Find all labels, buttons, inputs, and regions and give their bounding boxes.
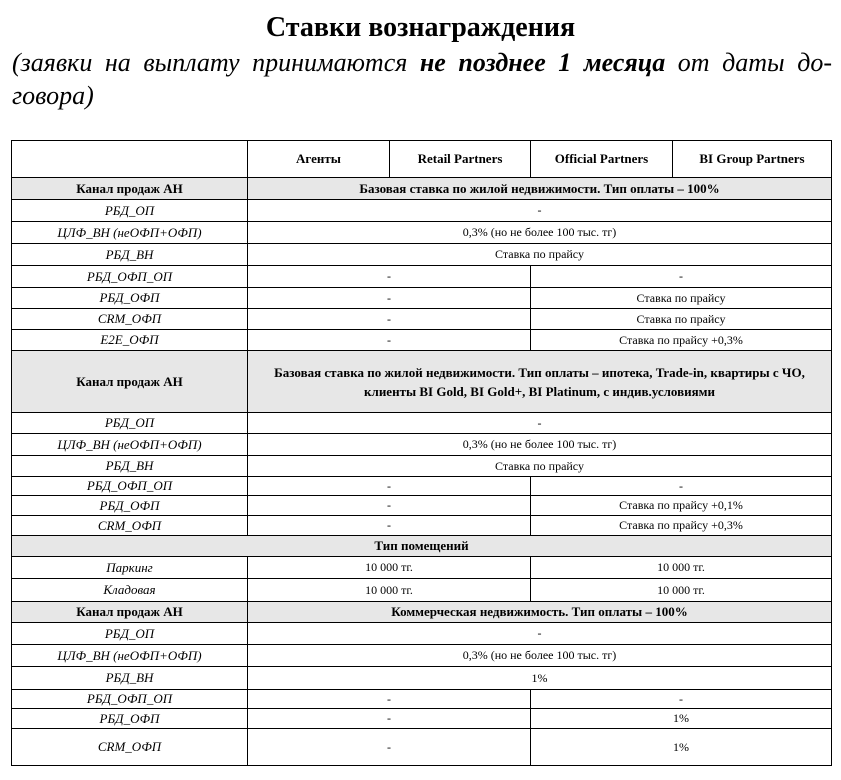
row-label: Паркинг	[12, 557, 248, 579]
rate-agents-retail: -	[248, 729, 531, 766]
section-title: Базовая ставка по жилой недвижимости. Ти…	[248, 351, 832, 413]
table-row: ЦЛФ_ВН (неОФП+ОФП)0,3% (но не более 100 …	[12, 222, 832, 244]
rate-official-bigroup: -	[531, 266, 832, 288]
table-header-row: Агенты Retail Partners Official Partners…	[12, 141, 832, 178]
row-label: РБД_ОП	[12, 200, 248, 222]
table-row: Паркинг10 000 тг.10 000 тг.	[12, 557, 832, 579]
table-row: РБД_ОФП_ОП--	[12, 266, 832, 288]
document-subtitle: (заявки на выплату принимаются не поздне…	[12, 46, 832, 112]
rate-official-bigroup: 1%	[531, 729, 832, 766]
rate-official-bigroup: Ставка по прайсу +0,3%	[531, 516, 832, 536]
row-label: РБД_ОФП	[12, 288, 248, 309]
row-label: CRM_ОФП	[12, 729, 248, 766]
table-row: РБД_ОФП_ОП--	[12, 477, 832, 496]
rate-agents-retail: -	[248, 709, 531, 729]
rate-all-partners: 0,3% (но не более 100 тыс. тг)	[248, 222, 832, 244]
table-row: CRM_ОФП-Ставка по прайсу +0,3%	[12, 516, 832, 536]
section-label: Канал продаж АН	[12, 602, 248, 623]
rate-all-partners: Ставка по прайсу	[248, 244, 832, 266]
table-row: ЦЛФ_ВН (неОФП+ОФП)0,3% (но не более 100 …	[12, 434, 832, 456]
rate-all-partners: 1%	[248, 667, 832, 690]
rate-official-bigroup: 10 000 тг.	[531, 557, 832, 579]
table-row: РБД_ОФП_ОП--	[12, 690, 832, 709]
subtitle-emphasis: не позднее 1 месяца	[420, 48, 665, 77]
rate-official-bigroup: Ставка по прайсу +0,3%	[531, 330, 832, 351]
row-label: РБД_ОФП_ОП	[12, 266, 248, 288]
section-label: Тип помещений	[12, 536, 832, 557]
table-row: РБД_ОП-	[12, 413, 832, 434]
rate-agents-retail: -	[248, 690, 531, 709]
rate-official-bigroup: Ставка по прайсу +0,1%	[531, 496, 832, 516]
rate-official-bigroup: Ставка по прайсу	[531, 309, 832, 330]
rate-agents-retail: -	[248, 266, 531, 288]
rate-official-bigroup: -	[531, 690, 832, 709]
rate-agents-retail: -	[248, 496, 531, 516]
rate-agents-retail: 10 000 тг.	[248, 557, 531, 579]
table-row: РБД_ОФП-Ставка по прайсу +0,1%	[12, 496, 832, 516]
header-official-partners: Official Partners	[531, 141, 673, 178]
section-label: Канал продаж АН	[12, 178, 248, 200]
header-bi-group-partners: BI Group Partners	[673, 141, 832, 178]
row-label: РБД_ОФП	[12, 496, 248, 516]
table-row: CRM_ОФП-Ставка по прайсу	[12, 309, 832, 330]
rate-all-partners: Ставка по прайсу	[248, 456, 832, 477]
row-label: РБД_ВН	[12, 456, 248, 477]
row-label: РБД_ОФП_ОП	[12, 477, 248, 496]
table-row: РБД_ОП-	[12, 623, 832, 645]
section-header-row: Канал продаж АНКоммерческая недвижимость…	[12, 602, 832, 623]
section-header-row: Канал продаж АНБазовая ставка по жилой н…	[12, 351, 832, 413]
rate-official-bigroup: -	[531, 477, 832, 496]
rate-official-bigroup: 1%	[531, 709, 832, 729]
row-label: CRM_ОФП	[12, 516, 248, 536]
table-row: E2E_ОФП-Ставка по прайсу +0,3%	[12, 330, 832, 351]
table-row: Кладовая10 000 тг.10 000 тг.	[12, 579, 832, 602]
row-label: ЦЛФ_ВН (неОФП+ОФП)	[12, 434, 248, 456]
rate-agents-retail: -	[248, 516, 531, 536]
row-label: ЦЛФ_ВН (неОФП+ОФП)	[12, 645, 248, 667]
rate-agents-retail: -	[248, 309, 531, 330]
row-label: РБД_ОП	[12, 413, 248, 434]
row-label: CRM_ОФП	[12, 309, 248, 330]
subtitle-prefix: (заявки на выплату принимаются	[12, 48, 420, 77]
section-header-row: Канал продаж АНБазовая ставка по жилой н…	[12, 178, 832, 200]
rate-all-partners: -	[248, 200, 832, 222]
table-row: РБД_ВНСтавка по прайсу	[12, 456, 832, 477]
row-label: РБД_ОФП	[12, 709, 248, 729]
rate-official-bigroup: 10 000 тг.	[531, 579, 832, 602]
table-row: ЦЛФ_ВН (неОФП+ОФП)0,3% (но не более 100 …	[12, 645, 832, 667]
section-title: Базовая ставка по жилой недвижимости. Ти…	[248, 178, 832, 200]
row-label: ЦЛФ_ВН (неОФП+ОФП)	[12, 222, 248, 244]
header-retail-partners: Retail Partners	[390, 141, 531, 178]
table-row: РБД_ОФП-Ставка по прайсу	[12, 288, 832, 309]
table-row: РБД_ОП-	[12, 200, 832, 222]
rate-all-partners: 0,3% (но не более 100 тыс. тг)	[248, 645, 832, 667]
section-header-row: Тип помещений	[12, 536, 832, 557]
rate-all-partners: -	[248, 413, 832, 434]
section-label: Канал продаж АН	[12, 351, 248, 413]
header-empty	[12, 141, 248, 178]
section-title: Коммерческая недвижимость. Тип оплаты – …	[248, 602, 832, 623]
table-row: РБД_ВНСтавка по прайсу	[12, 244, 832, 266]
rate-agents-retail: 10 000 тг.	[248, 579, 531, 602]
table-row: РБД_ОФП-1%	[12, 709, 832, 729]
row-label: РБД_ОП	[12, 623, 248, 645]
document-title: Ставки вознаграждения	[0, 12, 841, 44]
row-label: E2E_ОФП	[12, 330, 248, 351]
rate-all-partners: 0,3% (но не более 100 тыс. тг)	[248, 434, 832, 456]
row-label: РБД_ОФП_ОП	[12, 690, 248, 709]
table-row: РБД_ВН1%	[12, 667, 832, 690]
rate-agents-retail: -	[248, 477, 531, 496]
rate-all-partners: -	[248, 623, 832, 645]
rate-agents-retail: -	[248, 330, 531, 351]
rate-official-bigroup: Ставка по прайсу	[531, 288, 832, 309]
row-label: РБД_ВН	[12, 244, 248, 266]
rate-agents-retail: -	[248, 288, 531, 309]
table-row: CRM_ОФП-1%	[12, 729, 832, 766]
row-label: РБД_ВН	[12, 667, 248, 690]
rates-table: Агенты Retail Partners Official Partners…	[11, 140, 832, 766]
header-agents: Агенты	[248, 141, 390, 178]
row-label: Кладовая	[12, 579, 248, 602]
table-body: Канал продаж АНБазовая ставка по жилой н…	[12, 178, 832, 766]
